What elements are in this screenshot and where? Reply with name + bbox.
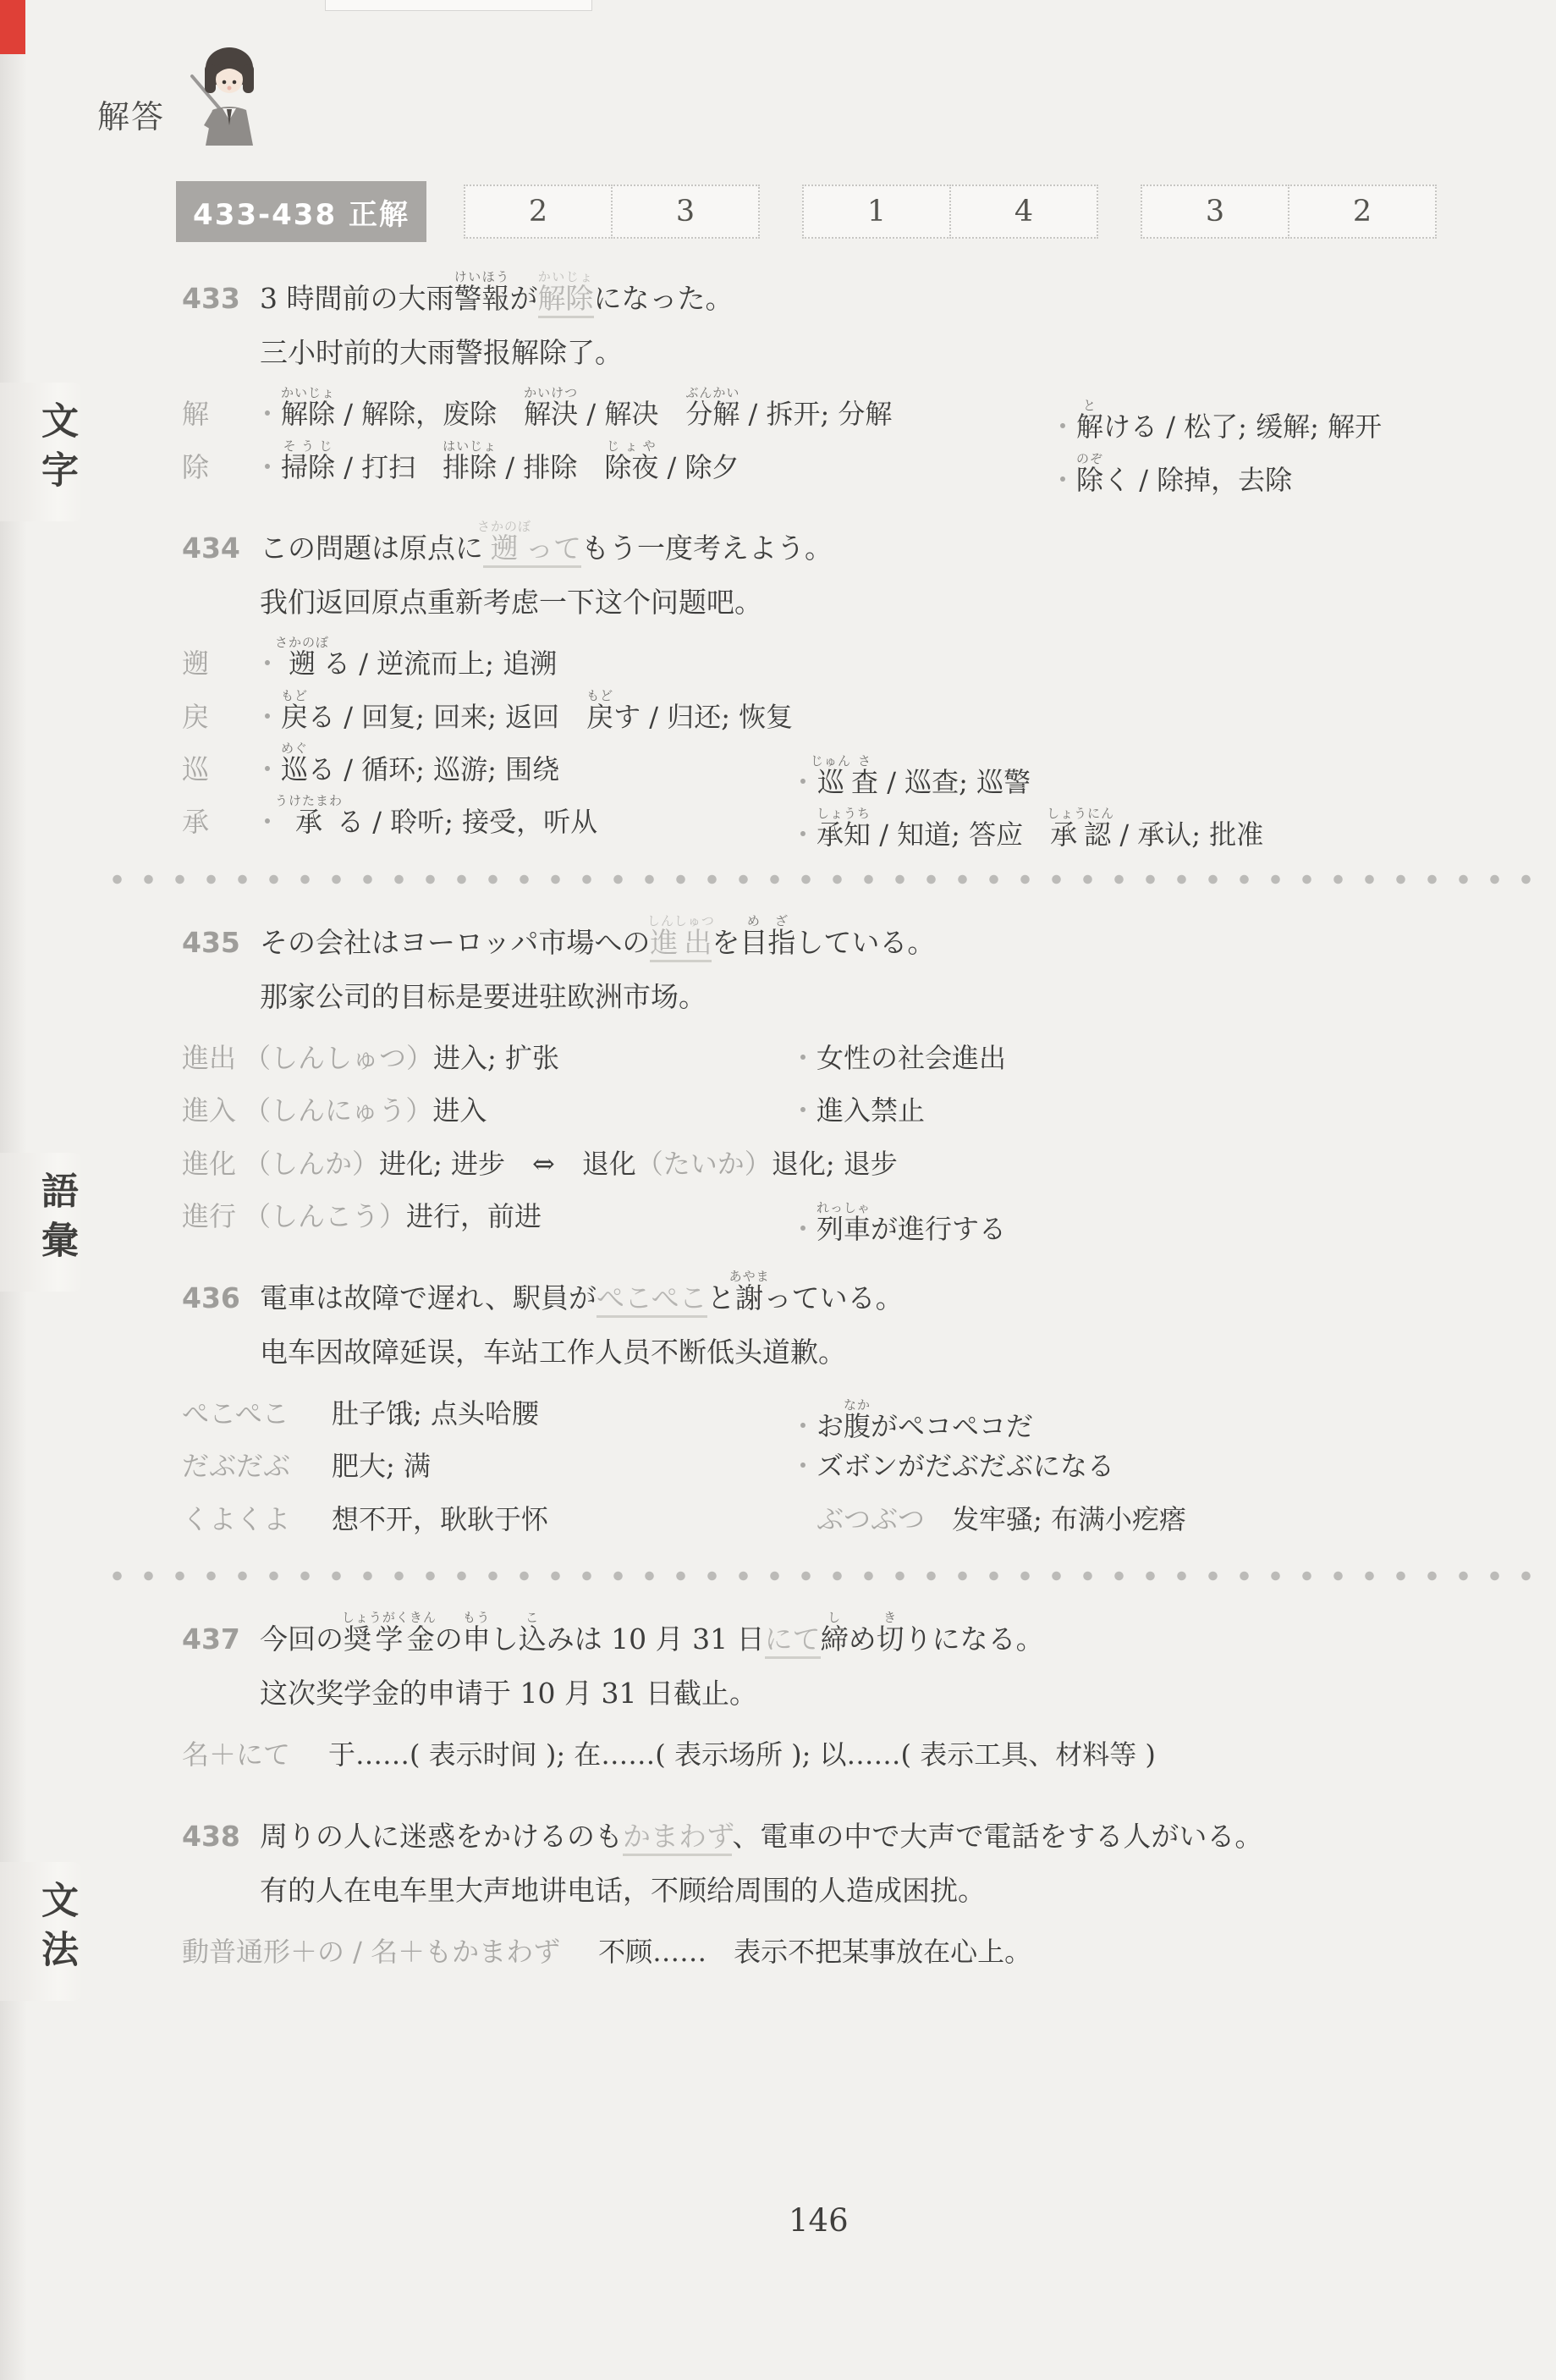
text-run: 3 時間前の大雨 xyxy=(260,282,454,315)
furigana: あやま xyxy=(729,1269,770,1284)
text-run: 周りの人に迷惑をかけるのも xyxy=(260,1820,623,1853)
ruby-word: 指ざ xyxy=(767,926,795,959)
teacher-girl-illustration xyxy=(179,37,280,146)
furigana: しんしゅつ xyxy=(647,913,715,928)
answer-box-group: 14 xyxy=(802,185,1098,239)
vocab-example: ・承知しょうち / 知道; 答应 承認しょうにん / 承认; 批准 xyxy=(789,806,1263,851)
vocab-headword: 進入 xyxy=(182,1094,244,1127)
vocab-headword: 承 xyxy=(182,806,254,838)
vocab-headword: 進化 xyxy=(182,1148,244,1180)
ruby-word: 込こ xyxy=(519,1622,547,1656)
vocab-definition: 于……( 表示时间 ); 在……( 表示场所 ); 以……( 表示工具、材料等 … xyxy=(328,1738,1156,1771)
vocab-definition: ・巡めぐる / 循环; 巡游; 围绕 xyxy=(254,753,559,785)
vocab-rows: 進出（しんしゅつ）进入; 扩张・女性の社会進出進入（しんにゅう）进入・進入禁止進… xyxy=(182,1028,1471,1233)
furigana: と xyxy=(1076,398,1103,413)
question-sentence-line: 4333 時間前の大雨警報けいほうが解除かいじょになった。 xyxy=(182,267,1471,316)
answer-range-label: 433-438 正解 xyxy=(176,181,426,242)
answer-box-group: 32 xyxy=(1141,185,1437,239)
text-run: 退化; 退步 xyxy=(772,1148,898,1180)
text-run: ・ xyxy=(254,398,281,430)
vocab-headword: 名＋にて xyxy=(182,1738,290,1771)
question-number: 437 xyxy=(182,1622,260,1656)
ruby-word: 分解ぶんかい xyxy=(685,398,740,430)
text-run: 肥大; 满 xyxy=(332,1450,431,1482)
page-content: 解答 433-438 正解 231432 4333 時間前の大雨警報けい xyxy=(0,0,1556,1968)
question-sentence-line: 436電車は故障で遅れ、駅員がぺこぺこと謝あやまっている。 xyxy=(182,1267,1471,1315)
furigana: しょうがくきん xyxy=(342,1610,437,1625)
question-sentence: 今回の奨学金しょうがくきんの申もうし込こみは 10 月 31 日にて締しめ切きり… xyxy=(260,1622,1044,1659)
text-run: / 承认; 批准 xyxy=(1111,818,1263,851)
vocab-row: くよくよ想不开，耿耿于怀 ぶつぶつ 发牢骚; 布满小疙瘩 xyxy=(182,1490,1471,1535)
vocab-headword: 解 xyxy=(182,398,254,430)
text-run: 想不开，耿耿于怀 xyxy=(332,1503,548,1535)
ruby-word: 警報けいほう xyxy=(454,282,510,315)
vocab-definition: ・承うけたまわる / 聆听; 接受，听从 xyxy=(254,806,597,838)
textbook-answer-page: 解答 433-438 正解 231432 4333 時間前の大雨警報けい xyxy=(0,0,1556,2380)
question-number: 434 xyxy=(182,531,260,565)
text-run: ・ xyxy=(254,701,281,733)
text-run: ぺこぺこ xyxy=(597,1281,707,1318)
furigana: そうじ xyxy=(281,438,335,454)
text-run: し xyxy=(491,1622,519,1656)
dotted-separator xyxy=(102,1569,1552,1583)
ruby-word: 解除かいじょ xyxy=(281,398,335,430)
question-sentence-line: 437今回の奨学金しょうがくきんの申もうし込こみは 10 月 31 日にて締しめ… xyxy=(182,1608,1471,1656)
vocab-definition: ・遡さかのぼる / 逆流而上; 追溯 xyxy=(254,647,557,680)
text-run: ・ xyxy=(789,1213,816,1245)
text-run: す / 归还; 恢复 xyxy=(613,701,793,733)
vocab-definition: （しんか）进化; 进步 ⇔ 退化（たいか）退化; 退步 xyxy=(244,1148,898,1180)
text-run: （しんか） xyxy=(244,1148,379,1180)
ruby-word: 巡めぐ xyxy=(281,753,308,785)
question-sentence-line: 435その会社はヨーロッパ市場への進出しんしゅつを目め指ざしている。 xyxy=(182,912,1471,960)
question-438: 438周りの人に迷惑をかけるのもかまわず、電車の中で大声で電話をする人がいる。有… xyxy=(182,1805,1471,1969)
question-sentence: 周りの人に迷惑をかけるのもかまわず、電車の中で大声で電話をする人がいる。 xyxy=(260,1820,1262,1856)
text-run: （たいか） xyxy=(636,1148,772,1180)
text-run: を xyxy=(712,926,740,959)
vocab-row: だぶだぶ肥大; 满・ズボンがだぶだぶになる xyxy=(182,1436,1471,1482)
furigana: ざ xyxy=(767,913,795,928)
ruby-word: 解決かいけつ xyxy=(524,398,578,430)
vocab-definition: （しんこう）进行，前进 xyxy=(244,1200,542,1232)
text-run: ズボンがだぶだぶになる xyxy=(816,1450,1114,1482)
vocab-headword: 遡 xyxy=(182,647,254,680)
question-translation: 这次奖学金的申请于 10 月 31 日截止。 xyxy=(260,1672,1471,1711)
text-run: / 除夕 xyxy=(658,451,739,483)
furigana: しょうち xyxy=(816,806,871,821)
side-tab-2: 文法 xyxy=(0,1862,83,2001)
vocab-rows: ぺこぺこ肚子饿; 点头哈腰・お腹なかがペコペコだだぶだぶ肥大; 满・ズボンがだぶ… xyxy=(182,1384,1471,1535)
vocab-headword: 進出 xyxy=(182,1042,244,1074)
text-run: ・ xyxy=(789,1094,816,1127)
vocab-row: 解・解除かいじょ / 解除，废除 解決かいけつ / 解决 分解ぶんかい / 拆开… xyxy=(182,384,1471,430)
section-2: 437今回の奨学金しょうがくきんの申もうし込こみは 10 月 31 日にて締しめ… xyxy=(182,1608,1471,1968)
answer-hero: 解答 xyxy=(97,29,1471,139)
text-run: る / 逆流而上; 追溯 xyxy=(323,647,557,680)
furigana: のぞ xyxy=(1076,451,1103,466)
text-run: している。 xyxy=(795,926,935,959)
vocab-row: 除・掃除そうじ / 打扫 排除はいじょ / 排除 除夜じょや / 除夕・除のぞく… xyxy=(182,438,1471,483)
text-run: / 解除，废除 xyxy=(335,398,524,430)
answer-box-group: 23 xyxy=(464,185,760,239)
furigana: かいじょ xyxy=(281,385,335,400)
question-translation: 有的人在电车里大声地讲电话，不顾给周围的人造成困扰。 xyxy=(260,1869,1471,1909)
text-run: （しんこう） xyxy=(244,1200,406,1232)
furigana: かいじょ xyxy=(538,269,594,284)
vocab-row: 名＋にて于……( 表示时间 ); 在……( 表示场所 ); 以……( 表示工具、… xyxy=(182,1725,1471,1771)
vocab-example: ・お腹なかがペコペコだ xyxy=(789,1397,1033,1442)
vocab-definition: 想不开，耿耿于怀 xyxy=(332,1503,548,1535)
text-run: その会社はヨーロッパ市場への xyxy=(260,926,650,959)
text-run: / 解决 xyxy=(578,398,685,430)
vocab-definition: ・戻もどる / 回复; 回来; 返回 戻もどす / 归还; 恢复 xyxy=(254,701,793,733)
ruby-word: 目め xyxy=(740,926,767,959)
vocab-rows: 遡・遡さかのぼる / 逆流而上; 追溯戻・戻もどる / 回复; 回来; 返回 戻… xyxy=(182,634,1471,839)
text-run: め xyxy=(849,1622,877,1656)
ruby-word: 謝あやま xyxy=(735,1281,764,1314)
text-run: 女性の社会進出 xyxy=(816,1042,1006,1074)
answer-cell: 3 xyxy=(1141,185,1289,239)
text-run: 今回の xyxy=(260,1622,344,1656)
text-run: みは 10 月 31 日 xyxy=(547,1622,765,1656)
vocab-row: 進行（しんこう）进行，前进・列車れっしゃが進行する xyxy=(182,1187,1471,1232)
vocab-headword: 除 xyxy=(182,451,254,483)
sections-container: 4333 時間前の大雨警報けいほうが解除かいじょになった。三小时前的大雨警报解除… xyxy=(182,267,1471,1968)
question-sentence-line: 434この問題は原点に遡さかのぼってもう一度考えよう。 xyxy=(182,517,1471,565)
vocab-row: 進入（しんにゅう）进入・進入禁止 xyxy=(182,1081,1471,1127)
ruby-word: 承うけたまわ xyxy=(281,806,337,838)
question-435: 435その会社はヨーロッパ市場への進出しんしゅつを目め指ざしている。那家公司的目… xyxy=(182,912,1471,1233)
vocab-example: ・ズボンがだぶだぶになる xyxy=(789,1450,1114,1482)
furigana: さかのぼ xyxy=(275,635,329,650)
text-run: 電車は故障で遅れ、駅員が xyxy=(260,1281,597,1314)
vocab-row: 遡・遡さかのぼる / 逆流而上; 追溯 xyxy=(182,634,1471,680)
ruby-word: 解除かいじょ xyxy=(538,282,594,318)
vocab-headword: 進行 xyxy=(182,1200,244,1232)
text-run: る / 聆听; 接受，听从 xyxy=(337,806,597,838)
ruby-word: 掃除そうじ xyxy=(281,451,335,483)
ruby-word: 奨学金しょうがくきん xyxy=(344,1622,435,1656)
vocab-headword: 巡 xyxy=(182,753,254,785)
vocab-example: ・巡じゅん査さ / 巡查; 巡警 xyxy=(789,753,1031,798)
vocab-example: ・列車れっしゃが進行する xyxy=(789,1200,1006,1245)
answer-cell: 4 xyxy=(949,185,1098,239)
question-sentence: 3 時間前の大雨警報けいほうが解除かいじょになった。 xyxy=(260,282,734,318)
answer-key-banner: 433-438 正解 231432 xyxy=(176,181,1471,242)
text-run: 进入; 扩张 xyxy=(433,1042,559,1074)
text-run: 進入禁止 xyxy=(816,1094,925,1127)
furigana: さかのぼ xyxy=(477,519,531,534)
text-run: （しんしゅつ） xyxy=(244,1042,433,1074)
side-tab-1: 語彙 xyxy=(0,1153,83,1292)
answer-section-label: 解答 xyxy=(97,91,165,139)
furigana: めぐ xyxy=(281,741,308,756)
furigana: しょうにん xyxy=(1047,806,1114,821)
question-433: 4333 時間前の大雨警報けいほうが解除かいじょになった。三小时前的大雨警报解除… xyxy=(182,267,1471,483)
furigana: ぶんかい xyxy=(685,385,740,400)
ruby-word: 申もう xyxy=(463,1622,491,1656)
ruby-word: 列車れっしゃ xyxy=(816,1213,871,1245)
text-run: 进行，前进 xyxy=(406,1200,542,1232)
question-translation: 那家公司的目标是要进驻欧洲市场。 xyxy=(260,975,1471,1015)
furigana: けいほう xyxy=(454,269,510,284)
vocab-example: ・解とける / 松了; 缓解; 解开 xyxy=(1049,398,1382,443)
text-run: もう一度考えよう。 xyxy=(581,532,833,565)
furigana: め xyxy=(740,913,767,928)
question-sentence: この問題は原点に遡さかのぼってもう一度考えよう。 xyxy=(260,532,833,568)
text-run: にて xyxy=(765,1622,821,1659)
ruby-word: 承知しょうち xyxy=(816,818,871,851)
side-tab-0: 文字 xyxy=(0,383,83,521)
ruby-word: 戻もど xyxy=(281,701,308,733)
text-run: ・ xyxy=(789,818,816,851)
answer-cell: 2 xyxy=(464,185,613,239)
question-sentence: その会社はヨーロッパ市場への進出しんしゅつを目め指ざしている。 xyxy=(260,926,935,962)
vocab-definition: ・掃除そうじ / 打扫 排除はいじょ / 排除 除夜じょや / 除夕 xyxy=(254,451,739,483)
section-1: 435その会社はヨーロッパ市場への進出しんしゅつを目め指ざしている。那家公司的目… xyxy=(182,912,1471,1535)
ruby-word: 遡さかのぼ xyxy=(281,647,323,680)
section-0: 4333 時間前の大雨警報けいほうが解除かいじょになった。三小时前的大雨警报解除… xyxy=(182,267,1471,839)
vocab-rows: 名＋にて于……( 表示时间 ); 在……( 表示场所 ); 以……( 表示工具、… xyxy=(182,1725,1471,1771)
text-run: 不顾…… 表示不把某事放在心上。 xyxy=(598,1936,1031,1968)
vocab-headword: 戻 xyxy=(182,701,254,733)
furigana: なか xyxy=(844,1397,871,1413)
question-434: 434この問題は原点に遡さかのぼってもう一度考えよう。我们返回原点重新考虑一下这… xyxy=(182,517,1471,839)
ruby-word: 進出しんしゅつ xyxy=(650,926,712,962)
question-sentence-line: 438周りの人に迷惑をかけるのもかまわず、電車の中で大声で電話をする人がいる。 xyxy=(182,1805,1471,1854)
furigana: じょや xyxy=(604,438,658,454)
ruby-word: 除のぞ xyxy=(1076,464,1103,496)
text-run: になった。 xyxy=(594,282,734,315)
vocab-headword: くよくよ xyxy=(182,1503,332,1535)
text-run: が xyxy=(510,282,538,315)
answer-cell: 1 xyxy=(802,185,951,239)
vocab-example: ・除のぞく / 除掉，去除 xyxy=(1049,451,1292,496)
furigana: こ xyxy=(519,1610,547,1625)
text-run: く / 除掉，去除 xyxy=(1103,464,1292,496)
vocab-row: 巡・巡めぐる / 循环; 巡游; 围绕・巡じゅん査さ / 巡查; 巡警 xyxy=(182,740,1471,785)
dotted-separator xyxy=(102,873,1552,886)
question-number: 435 xyxy=(182,925,260,960)
ruby-word: 承認しょうにん xyxy=(1050,818,1111,851)
text-run: ・ xyxy=(789,1450,816,1482)
text-run: って xyxy=(525,532,581,568)
text-run: ・ xyxy=(254,451,281,483)
text-run: かまわず xyxy=(623,1820,732,1856)
text-run: っている。 xyxy=(764,1281,904,1314)
text-run: る / 循环; 巡游; 围绕 xyxy=(308,753,559,785)
question-number: 436 xyxy=(182,1281,260,1315)
text-run: の xyxy=(435,1622,463,1656)
vocab-headword: ぺこぺこ xyxy=(182,1397,332,1430)
text-run: / 知道; 答应 xyxy=(871,818,1050,851)
vocab-row: ぺこぺこ肚子饿; 点头哈腰・お腹なかがペコペコだ xyxy=(182,1384,1471,1430)
ruby-word: 遡さかのぼ xyxy=(483,532,525,568)
vocab-definition: 肚子饿; 点头哈腰 xyxy=(332,1397,539,1430)
text-run: 肚子饿; 点头哈腰 xyxy=(332,1397,539,1430)
text-run: / 排除 xyxy=(497,451,604,483)
text-run: ・ xyxy=(789,1042,816,1074)
text-run: 于……( 表示时间 ); 在……( 表示场所 ); 以……( 表示工具、材料等 … xyxy=(328,1738,1156,1771)
vocab-example: ぶつぶつ 发牢骚; 布满小疙瘩 xyxy=(789,1503,1186,1535)
vocab-row: 動普通形＋の / 名＋もかまわず不顾…… 表示不把某事放在心上。 xyxy=(182,1922,1471,1968)
vocab-headword: だぶだぶ xyxy=(182,1450,332,1482)
question-436: 436電車は故障で遅れ、駅員がぺこぺこと謝あやまっている。电车因故障延误，车站工… xyxy=(182,1267,1471,1535)
text-run: 发牢骚; 布满小疙瘩 xyxy=(925,1503,1186,1535)
vocab-definition: 不顾…… 表示不把某事放在心上。 xyxy=(598,1936,1031,1968)
text-run: 进化; 进步 ⇔ 退化 xyxy=(379,1148,636,1180)
furigana: じゅん xyxy=(811,753,851,769)
ruby-word: 排除はいじょ xyxy=(443,451,497,483)
text-run: ・ xyxy=(1049,464,1076,496)
text-run: （しんにゅう） xyxy=(244,1094,432,1127)
answer-cell: 3 xyxy=(611,185,760,239)
furigana: き xyxy=(877,1610,904,1625)
question-sentence: 電車は故障で遅れ、駅員がぺこぺこと謝あやまっている。 xyxy=(260,1281,904,1318)
question-translation: 电车因故障延误，车站工作人员不断低头道歉。 xyxy=(260,1330,1471,1370)
vocab-definition: （しんしゅつ）进入; 扩张 xyxy=(244,1042,559,1074)
answer-cell: 2 xyxy=(1288,185,1437,239)
furigana: さ xyxy=(851,753,878,769)
ruby-word: 戻もど xyxy=(586,701,613,733)
furigana: もど xyxy=(281,688,308,703)
vocab-row: 進出（しんしゅつ）进入; 扩张・女性の社会進出 xyxy=(182,1028,1471,1074)
vocab-example: ・進入禁止 xyxy=(789,1094,925,1127)
page-number: 146 xyxy=(789,2202,849,2239)
question-translation: 我们返回原点重新考虑一下这个问题吧。 xyxy=(260,581,1471,620)
vocab-definition: ・解除かいじょ / 解除，废除 解決かいけつ / 解决 分解ぶんかい / 拆开;… xyxy=(254,398,892,430)
furigana: もど xyxy=(586,688,613,703)
text-run: が進行する xyxy=(871,1213,1006,1245)
furigana: れっしゃ xyxy=(816,1200,871,1215)
vocab-row: 戻・戻もどる / 回复; 回来; 返回 戻もどす / 归还; 恢复 xyxy=(182,687,1471,733)
question-number: 433 xyxy=(182,281,260,316)
text-run: ぶつぶつ xyxy=(816,1503,925,1535)
vocab-definition: 肥大; 满 xyxy=(332,1450,431,1482)
furigana: うけたまわ xyxy=(275,793,343,808)
vocab-row: 承・承うけたまわる / 聆听; 接受，听从・承知しょうち / 知道; 答应 承認… xyxy=(182,792,1471,838)
furigana: はいじょ xyxy=(443,438,497,454)
text-run: る / 回复; 回来; 返回 xyxy=(308,701,586,733)
text-run xyxy=(789,1503,816,1535)
furigana: もう xyxy=(463,1610,491,1625)
vocab-rows: 解・解除かいじょ / 解除，废除 解決かいけつ / 解决 分解ぶんかい / 拆开… xyxy=(182,384,1471,483)
ruby-word: 締し xyxy=(821,1622,849,1656)
text-run: 、電車の中で大声で電話をする人がいる。 xyxy=(732,1820,1262,1853)
ruby-word: 除夜じょや xyxy=(604,451,658,483)
question-437: 437今回の奨学金しょうがくきんの申もうし込こみは 10 月 31 日にて締しめ… xyxy=(182,1608,1471,1771)
furigana: かいけつ xyxy=(524,385,578,400)
text-run: / 拆开; 分解 xyxy=(740,398,892,430)
text-run: / 打扫 xyxy=(335,451,443,483)
question-translation: 三小时前的大雨警报解除了。 xyxy=(260,331,1471,371)
vocab-rows: 動普通形＋の / 名＋もかまわず不顾…… 表示不把某事放在心上。 xyxy=(182,1922,1471,1968)
ruby-word: 切き xyxy=(877,1622,904,1656)
text-run: 进入 xyxy=(432,1094,487,1127)
vocab-row: 進化（しんか）进化; 进步 ⇔ 退化（たいか）退化; 退步 xyxy=(182,1134,1471,1180)
vocab-definition: （しんにゅう）进入 xyxy=(244,1094,487,1127)
vocab-example: ・女性の社会進出 xyxy=(789,1042,1006,1074)
furigana: し xyxy=(821,1610,849,1625)
vocab-headword: 動普通形＋の / 名＋もかまわず xyxy=(182,1936,560,1968)
text-run: この問題は原点に xyxy=(260,532,483,565)
question-number: 438 xyxy=(182,1819,260,1854)
text-run: ・ xyxy=(254,753,281,785)
text-run: りになる。 xyxy=(904,1622,1044,1656)
